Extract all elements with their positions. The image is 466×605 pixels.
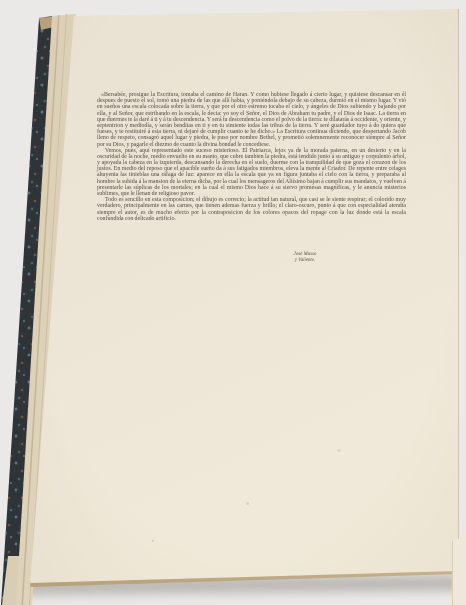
author-signature: José Musso y Valiente. xyxy=(281,252,329,263)
photo-background: { "colors": { "photo_background": "#eae9… xyxy=(0,0,466,605)
paragraph-scripture-quote: «Bersabée, prosigue la Escritura, tomaba… xyxy=(97,92,406,148)
underlying-page-edge xyxy=(452,536,466,605)
foxing-spot xyxy=(337,449,341,452)
book-page xyxy=(0,0,466,605)
paragraph-artistic-commentary: Todo es sencillo en esta composicion; el… xyxy=(97,197,406,222)
paragraph-scene-description: Vemos, pues, aquí representado este suce… xyxy=(97,148,406,198)
signature-line-2: y Valiente. xyxy=(281,258,329,264)
foxing-spot xyxy=(152,540,154,542)
text-block: «Bersabée, prosigue la Escritura, tomaba… xyxy=(97,92,406,222)
page-right-edge-line xyxy=(458,9,459,572)
foxing-spot xyxy=(246,502,249,505)
